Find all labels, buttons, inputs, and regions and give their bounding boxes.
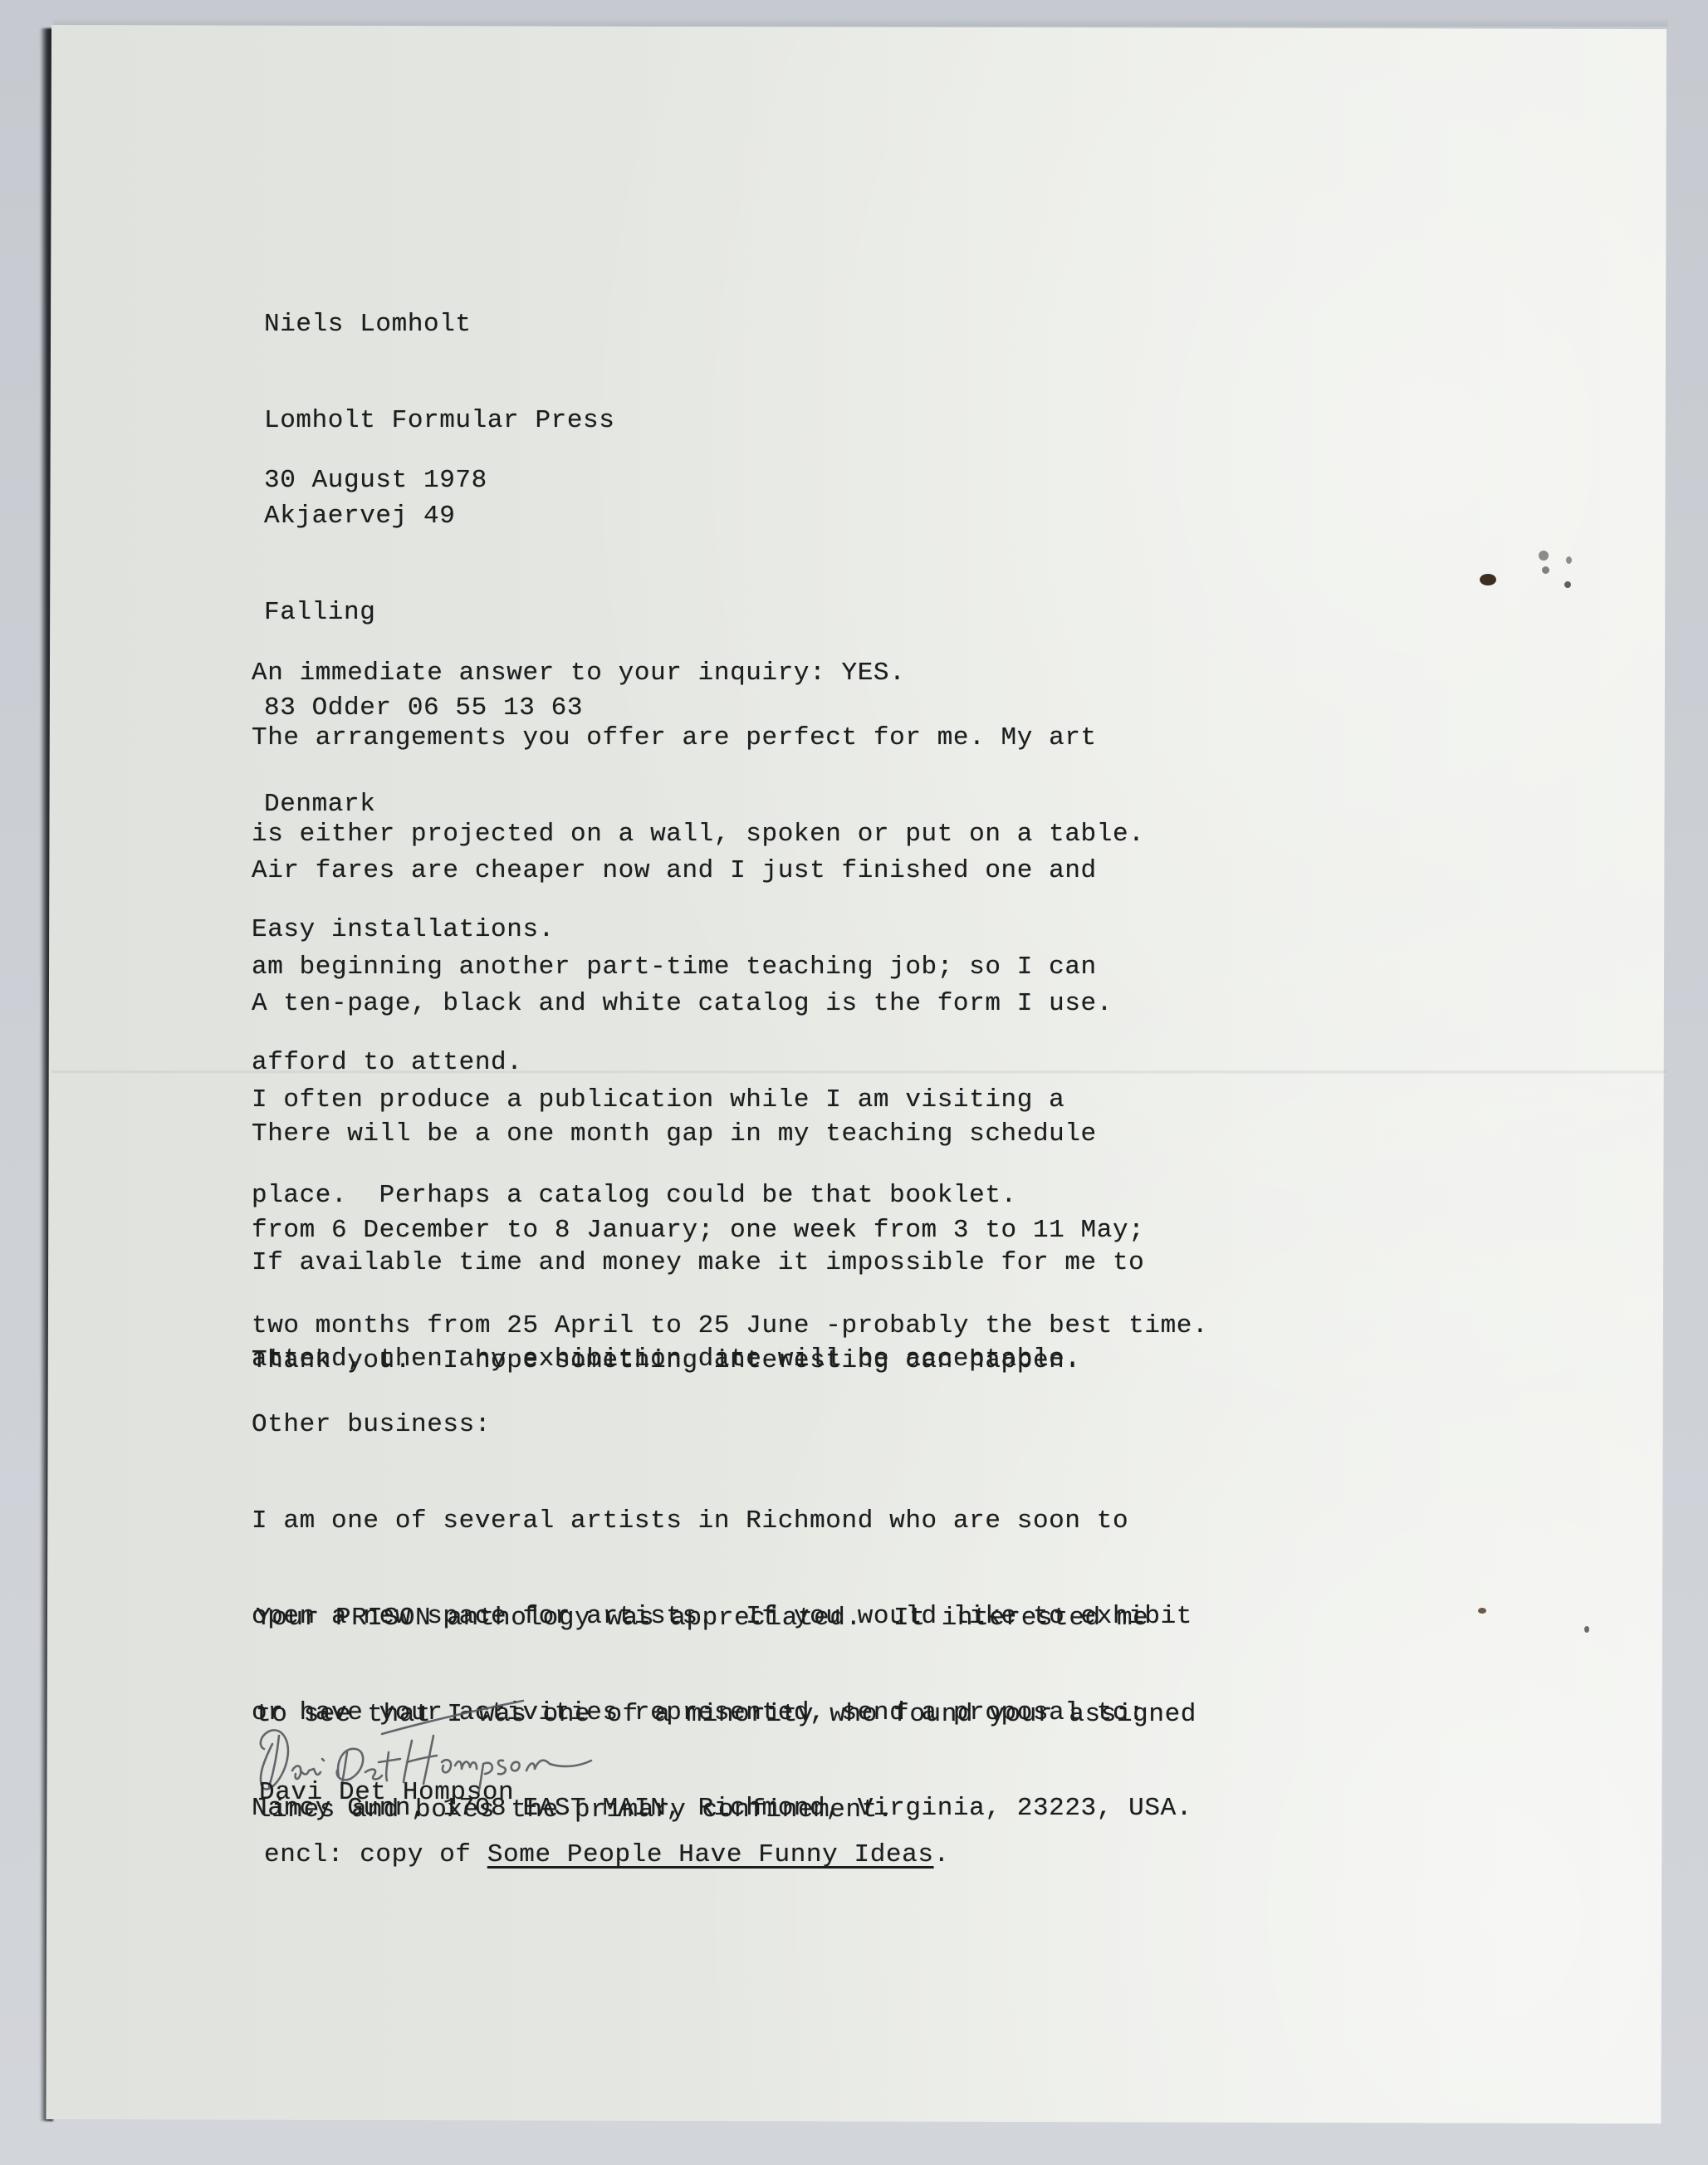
paragraph-line: Air fares are cheaper now and I just fin… [252, 855, 1097, 888]
paragraph-line: If available time and money make it impo… [252, 1247, 1144, 1280]
enclosure-suffix: . [934, 1840, 950, 1869]
stain-spot [1539, 551, 1549, 561]
typed-signature-name: Davi Det Hompson [259, 1777, 514, 1810]
recipient-company: Lomholt Formular Press [264, 405, 614, 438]
stain-spot [1478, 1608, 1486, 1614]
paragraph-line: A ten-page, black and white catalog is t… [252, 988, 1113, 1021]
paragraph-line: Other business: [252, 1409, 1192, 1442]
paragraph-line: Your PRISON anthology was appreciated. I… [256, 1603, 1197, 1635]
enclosure-line: encl: copy of Some People Have Funny Ide… [264, 1839, 950, 1872]
enclosure-prefix: encl: copy of [264, 1840, 487, 1869]
recipient-name: Niels Lomholt [264, 309, 614, 341]
paragraph-line: There will be a one month gap in my teac… [252, 1119, 1208, 1151]
stain-spot [1542, 566, 1549, 574]
stain-spot [1564, 581, 1571, 588]
paragraph-line: I am one of several artists in Richmond … [252, 1506, 1192, 1538]
recipient-street: Akjaervej 49 [264, 501, 614, 533]
letter-date: 30 August 1978 [264, 465, 487, 497]
enclosure-title: Some People Have Funny Ideas [487, 1840, 934, 1869]
stain-spot [1584, 1626, 1589, 1633]
stain-spot [1480, 574, 1496, 585]
stain-spot [1566, 556, 1572, 564]
paragraph-line: The arrangements you offer are perfect f… [252, 722, 1144, 755]
